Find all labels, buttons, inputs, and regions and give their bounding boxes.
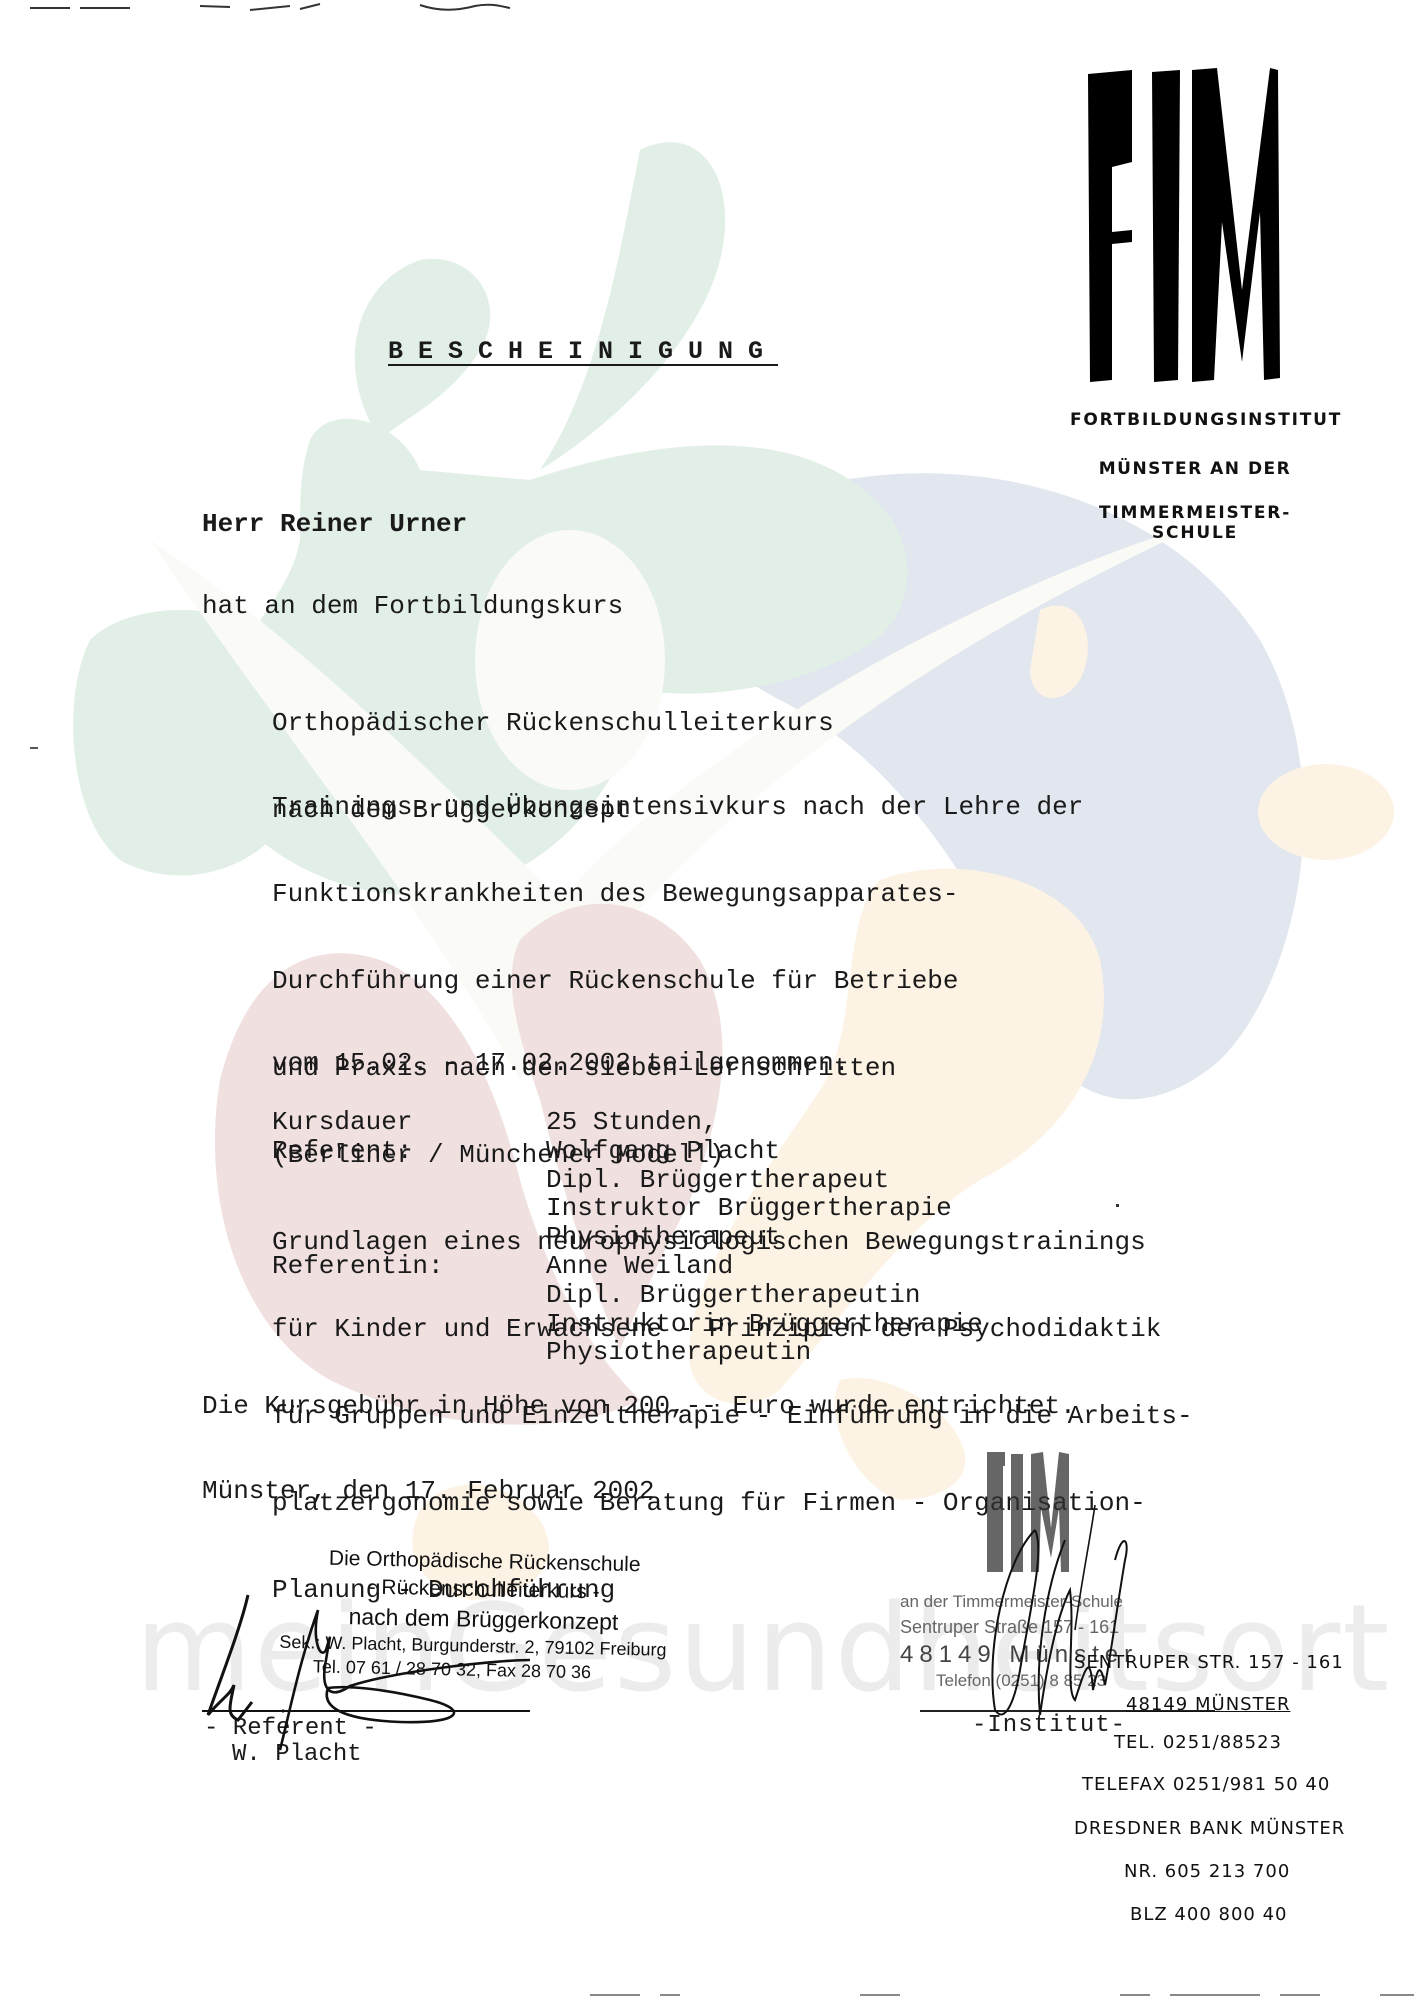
detail-label (272, 1338, 546, 1367)
fee-statement: Die Kursgebühr in Höhe von 200,-- Euro w… (202, 1392, 1076, 1421)
detail-row: Dipl. Brüggertherapeut (272, 1166, 983, 1195)
institute-stamp-logo (983, 1448, 1073, 1578)
detail-value: 25 Stunden, (546, 1108, 718, 1137)
detail-value: Physiotherapeut (546, 1223, 780, 1252)
contact-bank: DRESDNER BANK MÜNSTER (1074, 1818, 1345, 1839)
referent-name: W. Placht (232, 1740, 362, 1769)
description-line: Funktionskrankheiten des Bewegungsappara… (272, 880, 1193, 909)
contact-city: 48149 MÜNSTER (1126, 1694, 1290, 1715)
description-line: Trainings- und Übungsintensivkurs nach d… (272, 793, 1193, 822)
detail-row: Instruktorin Brüggertherapie (272, 1310, 983, 1339)
detail-label: Referentin: (272, 1252, 546, 1281)
detail-label (272, 1310, 546, 1339)
referent-stamp: Die Orthopädische Rückenschule - Rückens… (299, 1544, 669, 1686)
stamp-line: Sentruper Straße 157 - 161 (900, 1614, 1138, 1640)
institute-name-line-3: TIMMERMEISTER-SCHULE (1070, 503, 1320, 543)
detail-label (272, 1166, 546, 1195)
place-and-date: Münster, den 17. Februar 2002 (202, 1477, 654, 1506)
course-details: Kursdauer25 Stunden, Referent:Wolfgang P… (272, 1108, 983, 1367)
course-title-line: Orthopädischer Rückenschulleiterkurs (272, 709, 834, 738)
institute-stamp: an der Timmermeister-Schule Sentruper St… (900, 1590, 1138, 1692)
scan-artifact-top (0, 0, 1414, 30)
contact-street: SENTRUPER STR. 157 - 161 (1074, 1652, 1344, 1673)
institute-name-line-2: MÜNSTER AN DER (1070, 459, 1320, 479)
institute-name-line-1: FORTBILDUNGSINSTITUT (1070, 410, 1320, 430)
detail-value: Wolfgang Placht (546, 1137, 780, 1166)
document-title: BESCHEINIGUNG (388, 337, 778, 366)
institute-label: -Institut- (972, 1711, 1126, 1740)
stamp-line: Telefon (0251) 8 85 23 (936, 1670, 1138, 1692)
detail-label: Referent: (272, 1137, 546, 1166)
scan-speck (1116, 1204, 1119, 1207)
detail-row: Physiotherapeut (272, 1223, 983, 1252)
contact-account-number: NR. 605 213 700 (1124, 1861, 1290, 1882)
referent-signature-line (202, 1710, 530, 1712)
detail-row: Instruktor Brüggertherapie (272, 1194, 983, 1223)
detail-value: Dipl. Brüggertherapeutin (546, 1281, 920, 1310)
certificate-page: meinGesundheitsort FORTBILDUNGSINSTITUT … (0, 0, 1414, 2000)
detail-value: Instruktor Brüggertherapie (546, 1194, 952, 1223)
detail-label (272, 1223, 546, 1252)
detail-value: Instruktorin Brüggertherapie (546, 1310, 983, 1339)
detail-row: Physiotherapeutin (272, 1338, 983, 1367)
description-line: Durchführung einer Rückenschule für Betr… (272, 967, 1193, 996)
detail-label (272, 1281, 546, 1310)
stamp-line: an der Timmermeister-Schule (900, 1590, 1138, 1614)
recipient-name: Herr Reiner Urner (202, 510, 467, 539)
detail-value: Anne Weiland (546, 1252, 733, 1281)
detail-value: Physiotherapeutin (546, 1338, 811, 1367)
scan-speck (30, 747, 38, 749)
contact-bank-code: BLZ 400 800 40 (1130, 1904, 1288, 1925)
scan-artifact-bottom (0, 1985, 1414, 2000)
contact-fax: TELEFAX 0251/981 50 40 (1082, 1774, 1330, 1795)
detail-label (272, 1194, 546, 1223)
referent-label: - Referent - (204, 1714, 377, 1743)
detail-row: Dipl. Brüggertherapeutin (272, 1281, 983, 1310)
detail-value: Dipl. Brüggertherapeut (546, 1166, 889, 1195)
detail-label: Kursdauer (272, 1108, 546, 1137)
detail-row: Referent:Wolfgang Placht (272, 1137, 983, 1166)
detail-row: Referentin:Anne Weiland (272, 1252, 983, 1281)
detail-row: Kursdauer25 Stunden, (272, 1108, 983, 1137)
course-period: vom 15.02. - 17.02.2002 teilgenommen. (272, 1049, 849, 1078)
intro-text: hat an dem Fortbildungskurs (202, 592, 623, 621)
contact-phone: TEL. 0251/88523 (1114, 1732, 1282, 1753)
fim-logo (1082, 62, 1280, 392)
